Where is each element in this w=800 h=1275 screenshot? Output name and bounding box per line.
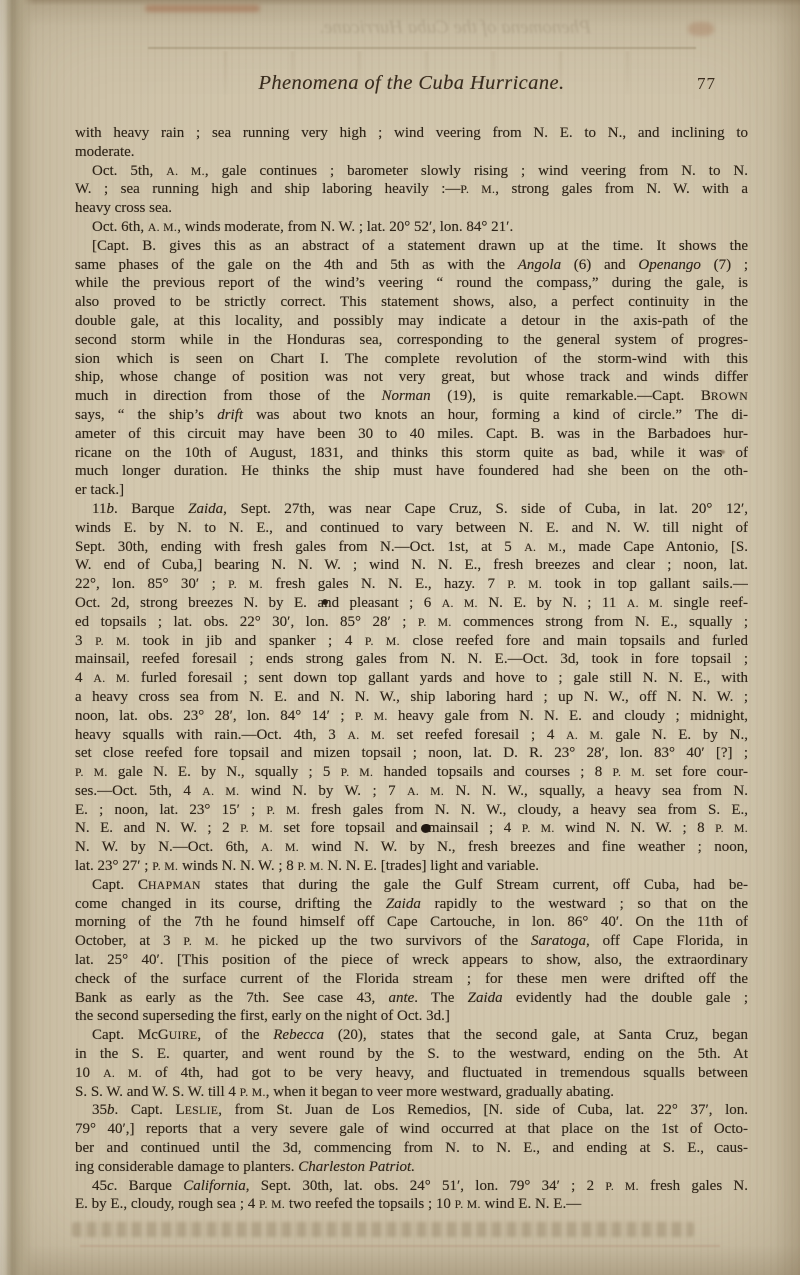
- paragraph: [Capt. B. gives this as an abstract of a…: [75, 237, 748, 500]
- text-run: . Barque: [114, 1178, 184, 1194]
- text-line: 3 P. M. took in jib and spanker ; 4 P. M…: [75, 632, 748, 651]
- text-run: a heavy cross sea from N. E. and N. N. W…: [75, 689, 748, 705]
- text-run: set fore topsail and mainsail ; 4: [273, 820, 522, 836]
- text-run: fresh gales from N. N. W., cloudy, a hea…: [300, 802, 748, 818]
- text-run: E. by E., cloudy, rough sea ; 4: [75, 1196, 259, 1212]
- text-run: 3: [75, 633, 95, 649]
- text-run: 11: [92, 501, 106, 517]
- text-run: ed topsails ; lat. obs. 22° 30′, lon. 85…: [75, 614, 418, 630]
- text-run: ber and continued until the 3d, commenci…: [75, 1140, 748, 1156]
- smallcaps-text: A. M.: [524, 541, 562, 554]
- text-run: Oct. 6th,: [92, 219, 148, 235]
- text-line: ing considerable damage to planters. Cha…: [75, 1158, 748, 1177]
- text-line: er tack.]: [75, 481, 748, 500]
- smallcaps-text: A. M.: [407, 785, 444, 798]
- italic-text: Charleston Patriot.: [298, 1159, 415, 1175]
- text-line: a heavy cross sea from N. E. and N. N. W…: [75, 688, 748, 707]
- text-run: , off Cape Florida, in: [586, 933, 748, 949]
- text-run: W. ; sea running high and ship laboring …: [75, 181, 460, 197]
- text-run: set close reefed fore topsail and mizen …: [75, 745, 748, 761]
- text-run: 4: [75, 670, 93, 686]
- italic-text: Openango: [638, 257, 701, 273]
- text-run: N. N. E. [trades] light and variable.: [324, 858, 539, 874]
- ink-dot: [322, 599, 328, 605]
- text-run: , of the: [197, 1027, 273, 1043]
- text-run: 35: [92, 1102, 107, 1118]
- text-run: , strong gales from N. W. with a: [495, 181, 748, 197]
- text-run: N. N. W., squally, a heavy sea from N.: [444, 783, 748, 799]
- text-run: Oct. 2d, strong breezes N. by E. and ple…: [75, 595, 442, 611]
- text-run: while the previous report of the wind’s …: [75, 275, 748, 291]
- text-line: much longer duration. He thinks the ship…: [75, 462, 748, 481]
- text-run: says, “ the ship’s: [75, 407, 217, 423]
- smallcaps-text: ESLIE: [185, 1104, 219, 1117]
- text-run: ameter of this circuit may have been 30 …: [75, 426, 748, 442]
- text-line: ricane on the 10th of August, 1831, and …: [75, 444, 748, 463]
- smallcaps-text: A. M.: [348, 729, 385, 742]
- smallcaps-text: P. M.: [341, 766, 374, 779]
- text-line: ameter of this circuit may have been 30 …: [75, 425, 748, 444]
- text-line: E. by E., cloudy, rough sea ; 4 P. M. tw…: [75, 1195, 748, 1214]
- text-run: Oct. 5th,: [92, 163, 166, 179]
- text-line: ber and continued until the 3d, commenci…: [75, 1139, 748, 1158]
- smallcaps-text: P. M.: [612, 766, 645, 779]
- text-line: 4 A. M. furled foresail ; sent down top …: [75, 669, 748, 688]
- text-line: Oct. 6th, A. M., winds moderate, from N.…: [75, 218, 748, 237]
- text-line: 45c. Barque California, Sept. 30th, lat.…: [75, 1177, 748, 1196]
- italic-text: b: [106, 501, 114, 517]
- italic-text: Angola: [518, 257, 561, 273]
- smallcaps-text: HAPMAN: [148, 879, 201, 892]
- text-line: W. ; sea running high and ship laboring …: [75, 180, 748, 199]
- smallcaps-text: P. M.: [266, 804, 300, 817]
- paragraph: 35b. Capt. LESLIE, from St. Juan de Los …: [75, 1101, 748, 1176]
- paragraph: Oct. 5th, A. M., gale continues ; barome…: [75, 162, 748, 218]
- italic-text: c: [107, 1178, 114, 1194]
- text-line: ship, whose change of position was not v…: [75, 368, 748, 387]
- text-run: states that during the gale the Gulf Str…: [201, 877, 748, 893]
- smallcaps-text: P. M.: [715, 822, 748, 835]
- smallcaps-text: P. M.: [298, 860, 324, 873]
- smallcaps-text: P. M.: [183, 935, 218, 948]
- text-run: , when it began to veer more westward, g…: [266, 1084, 614, 1100]
- smallcaps-text: A. M.: [148, 221, 177, 234]
- text-run: lat. 23° 27′ ;: [75, 858, 152, 874]
- text-run: same phases of the gale on the 4th and 5…: [75, 257, 518, 273]
- text-run: commences strong from N. E., squally ;: [452, 614, 748, 630]
- page-header: Phenomena of the Cuba Hurricane. 77: [75, 72, 748, 102]
- text-line: while the previous report of the wind’s …: [75, 274, 748, 293]
- text-run: . Barque: [114, 501, 188, 517]
- smallcaps-text: P. M.: [418, 616, 452, 629]
- text-run: ship, whose change of position was not v…: [75, 369, 748, 385]
- text-run: much in direction from those of the: [75, 388, 381, 404]
- italic-text: Zaida: [468, 990, 503, 1006]
- text-run: come changed in its course, drifting the: [75, 896, 386, 912]
- text-run: , Sept. 30th, lat. obs. 24° 51′, lon. 79…: [246, 1178, 606, 1194]
- smallcaps-text: P. M.: [240, 822, 273, 835]
- text-run: mainsail, reefed foresail ; ends strong …: [75, 651, 748, 667]
- text-line: with heavy rain ; sea running very high …: [75, 124, 748, 143]
- text-line: second storm while in the Honduras sea, …: [75, 331, 748, 350]
- smallcaps-text: P. M.: [75, 766, 108, 779]
- text-run: much longer duration. He thinks the ship…: [75, 463, 748, 479]
- text-run: furled foresail ; sent down top gallant …: [130, 670, 748, 686]
- italic-text: Norman: [381, 388, 430, 404]
- text-run: noon, lat. obs. 23° 28′, lon. 84° 14′ ;: [75, 708, 355, 724]
- text-line: moderate.: [75, 143, 748, 162]
- text-line: says, “ the ship’s drift was about two k…: [75, 406, 748, 425]
- italic-text: Zaida: [386, 896, 421, 912]
- text-line: in the S. E. quarter, and went round by …: [75, 1045, 748, 1064]
- italic-text: Saratoga: [531, 933, 586, 949]
- text-run: wind E. N. E.—: [481, 1196, 581, 1212]
- text-line: Capt. CHAPMAN states that during the gal…: [75, 876, 748, 895]
- smallcaps-text: P. M.: [259, 1198, 285, 1211]
- smallcaps-text: P. M.: [152, 860, 178, 873]
- text-line: S. S. W. and W. S. W. till 4 P. M., when…: [75, 1083, 748, 1102]
- running-title: Phenomena of the Cuba Hurricane.: [75, 72, 748, 95]
- smallcaps-text: A. M.: [442, 597, 478, 610]
- text-line: Oct. 2d, strong breezes N. by E. and ple…: [75, 594, 748, 613]
- text-line: 11b. Barque Zaida, Sept. 27th, was near …: [75, 500, 748, 519]
- text-run: [Capt. B. gives this as an abstract of a…: [92, 238, 748, 254]
- text-run: moderate.: [75, 144, 135, 160]
- smallcaps-text: P. M.: [507, 578, 542, 591]
- text-run: (6) and: [561, 257, 638, 273]
- text-run: evidently had the double gale ;: [503, 990, 748, 1006]
- text-run: he picked up the two survivors of the: [219, 933, 531, 949]
- text-line: check of the surface current of the Flor…: [75, 970, 748, 989]
- text-run: heavy cross sea.: [75, 200, 172, 216]
- text-run: (20), states that the second gale, at Sa…: [324, 1027, 748, 1043]
- paragraph: with heavy rain ; sea running very high …: [75, 124, 748, 162]
- smallcaps-text: A. M.: [93, 672, 130, 685]
- text-run: the second superseding the first, early …: [75, 1008, 450, 1024]
- text-run: 22°, lon. 85° 30′ ;: [75, 576, 228, 592]
- text-line: E. ; noon, lat. 23° 15′ ; P. M. fresh ga…: [75, 801, 748, 820]
- smallcaps-text: A. M.: [566, 729, 603, 742]
- text-line: Oct. 5th, A. M., gale continues ; barome…: [75, 162, 748, 181]
- text-line: lat. 23° 27′ ; P. M. winds N. N. W. ; 8 …: [75, 857, 748, 876]
- showthrough-bottom-rule: [80, 1245, 720, 1247]
- smallcaps-text: P. M.: [228, 578, 263, 591]
- text-line: Bank as early as the 7th. See case 43, a…: [75, 989, 748, 1008]
- text-run: . Capt. L: [115, 1102, 185, 1118]
- text-line: heavy squalls with rain.—Oct. 4th, 3 A. …: [75, 726, 748, 745]
- italic-text: California: [183, 1178, 246, 1194]
- text-line: N. W. by N.—Oct. 6th, A. M. wind N. W. b…: [75, 838, 748, 857]
- smallcaps-text: P. M.: [455, 1198, 481, 1211]
- text-line: come changed in its course, drifting the…: [75, 895, 748, 914]
- text-block: with heavy rain ; sea running very high …: [75, 124, 748, 1214]
- page-number: 77: [697, 74, 716, 94]
- text-line: 22°, lon. 85° 30′ ; P. M. fresh gales N.…: [75, 575, 748, 594]
- text-line: [Capt. B. gives this as an abstract of a…: [75, 237, 748, 256]
- text-run: fresh gales N.: [639, 1178, 748, 1194]
- book-page-scan: Phenomena of the Cuba Hurricane. Phenome…: [0, 0, 800, 1275]
- text-run: two reefed the topsails ; 10: [285, 1196, 455, 1212]
- text-line: ses.—Oct. 5th, 4 A. M. wind N. by W. ; 7…: [75, 782, 748, 801]
- smallcaps-text: A. M.: [261, 841, 299, 854]
- text-run: morning of the 7th he found himself off …: [75, 914, 748, 930]
- text-run: S. S. W. and W. S. W. till 4: [75, 1084, 240, 1100]
- italic-text: b: [107, 1102, 115, 1118]
- text-line: winds E. by N. to N. E., and continued t…: [75, 519, 748, 538]
- text-line: also proved to be strictly correct. This…: [75, 293, 748, 312]
- smallcaps-text: P. M.: [460, 183, 495, 196]
- text-run: set fore cour-: [645, 764, 748, 780]
- text-line: lat. 25° 40′. [This position of the piec…: [75, 951, 748, 970]
- text-line: W. end of Cuba,] bearing N. N. W. ; wind…: [75, 556, 748, 575]
- text-line: ed topsails ; lat. obs. 22° 30′, lon. 85…: [75, 613, 748, 632]
- paragraph: Oct. 6th, A. M., winds moderate, from N.…: [75, 218, 748, 237]
- text-line: much in direction from those of the Norm…: [75, 387, 748, 406]
- text-run: Capt. C: [92, 877, 148, 893]
- text-run: N. E. and N. W. ; 2: [75, 820, 240, 836]
- text-run: of 4th, had got to be very heavy, and fl…: [142, 1065, 748, 1081]
- text-line: 79° 40′,] reports that a very severe gal…: [75, 1120, 748, 1139]
- paper-stain: [145, 5, 260, 12]
- text-run: winds E. by N. to N. E., and continued t…: [75, 520, 748, 536]
- italic-text: drift: [217, 407, 243, 423]
- paragraph: Capt. CHAPMAN states that during the gal…: [75, 876, 748, 1026]
- text-run: double gale, at this locality, and possi…: [75, 313, 748, 329]
- text-line: same phases of the gale on the 4th and 5…: [75, 256, 748, 275]
- text-run: gale N. E. by N., squally ; 5: [108, 764, 341, 780]
- text-run: ricane on the 10th of August, 1831, and …: [75, 445, 748, 461]
- text-run: (19), is quite remarkable.—Capt. B: [431, 388, 711, 404]
- showthrough-page-number-smudge: [688, 22, 714, 36]
- text-line: 10 A. M. of 4th, had got to be very heav…: [75, 1064, 748, 1083]
- smallcaps-text: UIRE: [169, 1029, 198, 1042]
- text-run: handed topsails and courses ; 8: [373, 764, 612, 780]
- text-run: , from St. Juan de Los Remedios, [N. sid…: [218, 1102, 748, 1118]
- text-run: was about two knots an hour, forming a k…: [243, 407, 748, 423]
- smallcaps-text: P. M.: [605, 1180, 639, 1193]
- italic-text: Rebecca: [273, 1027, 324, 1043]
- smallcaps-text: P. M.: [365, 635, 400, 648]
- text-run: 45: [92, 1178, 107, 1194]
- text-run: , winds moderate, from N. W. ; lat. 20° …: [177, 219, 513, 235]
- text-line: mainsail, reefed foresail ; ends strong …: [75, 650, 748, 669]
- text-run: also proved to be strictly correct. This…: [75, 294, 748, 310]
- italic-text: ante: [388, 990, 414, 1006]
- text-run: (7) ;: [701, 257, 748, 273]
- text-run: wind N. by W. ; 7: [239, 783, 407, 799]
- text-run: in the S. E. quarter, and went round by …: [75, 1046, 748, 1062]
- text-run: sion which is seen on Chart I. The compl…: [75, 351, 748, 367]
- text-run: single reef-: [663, 595, 748, 611]
- smallcaps-text: A. M.: [166, 165, 205, 178]
- text-run: winds N. N. W. ; 8: [178, 858, 297, 874]
- text-run: fresh gales N. N. E., hazy. 7: [263, 576, 507, 592]
- showthrough-rule-line: [148, 47, 696, 49]
- text-run: N. W. by N.—Oct. 6th,: [75, 839, 261, 855]
- text-run: er tack.]: [75, 482, 124, 498]
- paragraph: 45c. Barque California, Sept. 30th, lat.…: [75, 1177, 748, 1215]
- text-run: . The: [414, 990, 467, 1006]
- text-run: set reefed foresail ; 4: [385, 727, 566, 743]
- text-run: , gale continues ; barometer slowly risi…: [205, 163, 748, 179]
- text-run: check of the surface current of the Flor…: [75, 971, 748, 987]
- text-line: 35b. Capt. LESLIE, from St. Juan de Los …: [75, 1101, 748, 1120]
- text-line: Sept. 30th, ending with fresh gales from…: [75, 538, 748, 557]
- text-run: Bank as early as the 7th. See case 43,: [75, 990, 388, 1006]
- text-run: ses.—Oct. 5th, 4: [75, 783, 202, 799]
- text-run: October, at 3: [75, 933, 183, 949]
- text-run: with heavy rain ; sea running very high …: [75, 125, 748, 141]
- text-run: E. ; noon, lat. 23° 15′ ;: [75, 802, 266, 818]
- smallcaps-text: A. M.: [202, 785, 239, 798]
- text-run: W. end of Cuba,] bearing N. N. W. ; wind…: [75, 557, 748, 573]
- text-run: rapidly to the westward ; so that on the: [421, 896, 748, 912]
- text-run: N. E. by N. ; 11: [478, 595, 627, 611]
- text-run: Sept. 30th, ending with fresh gales from…: [75, 539, 524, 555]
- text-run: gale N. E. by N.,: [603, 727, 748, 743]
- showthrough-running-title: Phenomena of the Cuba Hurricane.: [290, 17, 620, 39]
- text-line: morning of the 7th he found himself off …: [75, 913, 748, 932]
- text-run: Capt. McG: [92, 1027, 169, 1043]
- text-run: lat. 25° 40′. [This position of the piec…: [75, 952, 748, 968]
- italic-text: Zaida: [188, 501, 223, 517]
- text-run: wind N. N. W. ; 8: [555, 820, 716, 836]
- paragraph: Capt. McGUIRE, of the Rebecca (20), stat…: [75, 1026, 748, 1101]
- text-run: heavy squalls with rain.—Oct. 4th, 3: [75, 727, 348, 743]
- text-run: 10: [75, 1065, 103, 1081]
- text-run: took in jib and spanker ; 4: [130, 633, 365, 649]
- text-line: the second superseding the first, early …: [75, 1007, 748, 1026]
- text-run: heavy gale from N. N. E. and cloudy ; mi…: [388, 708, 748, 724]
- text-line: Capt. McGUIRE, of the Rebecca (20), stat…: [75, 1026, 748, 1045]
- text-run: , made Cape Antonio, [S.: [562, 539, 748, 555]
- text-line: P. M. gale N. E. by N., squally ; 5 P. M…: [75, 763, 748, 782]
- text-run: wind N. W. by N., fresh breezes and fine…: [299, 839, 748, 855]
- smallcaps-text: ROWN: [711, 390, 748, 403]
- text-run: ing considerable damage to planters.: [75, 1159, 298, 1175]
- smallcaps-text: A. M.: [103, 1067, 142, 1080]
- text-line: N. E. and N. W. ; 2 P. M. set fore topsa…: [75, 819, 748, 838]
- smallcaps-text: A. M.: [627, 597, 663, 610]
- text-run: , Sept. 27th, was near Cape Cruz, S. sid…: [223, 501, 748, 517]
- text-run: 79° 40′,] reports that a very severe gal…: [75, 1121, 748, 1137]
- smallcaps-text: P. M.: [240, 1086, 266, 1099]
- text-run: second storm while in the Honduras sea, …: [75, 332, 748, 348]
- paper-speck: [720, 450, 725, 454]
- text-line: noon, lat. obs. 23° 28′, lon. 84° 14′ ; …: [75, 707, 748, 726]
- smallcaps-text: P. M.: [355, 710, 388, 723]
- text-line: set close reefed fore topsail and mizen …: [75, 744, 748, 763]
- smallcaps-text: P. M.: [522, 822, 555, 835]
- text-line: October, at 3 P. M. he picked up the two…: [75, 932, 748, 951]
- text-run: close reefed fore and main topsails and …: [400, 633, 748, 649]
- text-line: double gale, at this locality, and possi…: [75, 312, 748, 331]
- paragraph: 11b. Barque Zaida, Sept. 27th, was near …: [75, 500, 748, 876]
- text-run: took in top gallant sails.—: [542, 576, 748, 592]
- text-line: sion which is seen on Chart I. The compl…: [75, 350, 748, 369]
- text-line: heavy cross sea.: [75, 199, 748, 218]
- smallcaps-text: P. M.: [95, 635, 130, 648]
- showthrough-bottom-text: [72, 1222, 694, 1237]
